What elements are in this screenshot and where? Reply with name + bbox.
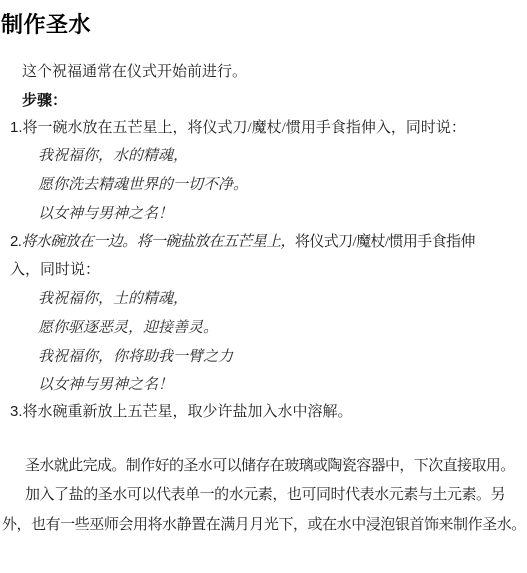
step-1-quote-3: 以女神与男神之名！ <box>38 204 173 224</box>
step-3-line: 3.将水碗重新放上五芒星，取少许盐加入水中溶解。 <box>10 402 353 422</box>
step-2-quote-3: 我祝福你，你将助我一臂之力 <box>38 347 233 367</box>
step-3-number: 3. <box>10 403 23 420</box>
step-2-text-italic: 将水碗放在一边。将一碗盐放在五芒星上， <box>21 234 295 250</box>
step-1-line: 1.将一碗水放在五芒星上，将仪式刀/魔杖/惯用手食指伸入，同时说： <box>10 118 466 138</box>
intro-paragraph: 这个祝福通常在仪式开始前进行。 <box>22 62 247 82</box>
step-3-text: 将水碗重新放上五芒星，取少许盐加入水中溶解。 <box>23 404 353 420</box>
closing-paragraph-2-line-1: 加入了盐的圣水可以代表单一的水元素，也可同时代表水元素与土元素。另 <box>25 485 505 505</box>
step-2-line-2: 入，同时说： <box>10 260 100 280</box>
step-1-quote-1: 我祝福你，水的精魂， <box>38 146 188 166</box>
steps-heading: 步骤： <box>22 91 67 111</box>
step-2-quote-4: 以女神与男神之名！ <box>38 375 173 395</box>
step-2-quote-2: 愿你驱逐恶灵，迎接善灵。 <box>38 318 218 338</box>
step-2-quote-1: 我祝福你，土的精魂， <box>38 289 188 309</box>
step-1-text: 将一碗水放在五芒星上，将仪式刀/魔杖/惯用手食指伸入，同时说： <box>23 120 466 136</box>
step-2-number: 2. <box>10 233 21 250</box>
document-page: 制作圣水 这个祝福通常在仪式开始前进行。 步骤： 1.将一碗水放在五芒星上，将仪… <box>0 0 527 573</box>
closing-paragraph-2-line-2: 外，也有一些巫师会用将水静置在满月月光下，或在水中浸泡银首饰来制作圣水。 <box>2 515 526 535</box>
step-1-number: 1. <box>10 119 23 136</box>
step-1-quote-2: 愿你洗去精魂世界的一切不净。 <box>38 175 248 195</box>
step-2-text-normal: 将仪式刀/魔杖/惯用手食指伸 <box>295 234 475 250</box>
page-title: 制作圣水 <box>1 8 91 39</box>
step-2-line-1: 2.将水碗放在一边。将一碗盐放在五芒星上，将仪式刀/魔杖/惯用手食指伸 <box>10 232 475 252</box>
closing-paragraph-1: 圣水就此完成。制作好的圣水可以储存在玻璃或陶瓷容器中，下次直接取用。 <box>25 456 515 476</box>
